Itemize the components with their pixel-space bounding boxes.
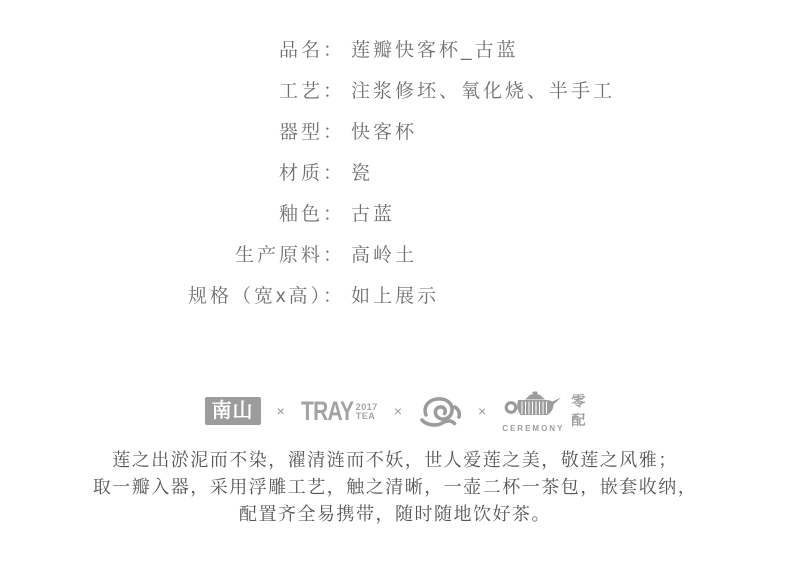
spec-row-craft: 工艺： 注浆修坯、氧化烧、半手工: [0, 69, 790, 110]
spec-value-shape: 快客杯: [345, 117, 790, 144]
spec-value-raw-material: 高岭土: [345, 240, 790, 267]
spec-row-size: 规格（宽x高）： 如上展示: [0, 274, 790, 315]
brand-separator-icon: ×: [476, 403, 488, 419]
spec-value-glaze: 古蓝: [345, 199, 790, 226]
tray-logo-word: TEA: [356, 412, 378, 422]
description-line-1: 莲之出淤泥而不染，濯清涟而不妖，世人爱莲之美，敬莲之风雅；: [0, 447, 790, 474]
spec-label-craft: 工艺：: [0, 76, 345, 103]
spec-label-glaze: 釉色：: [0, 199, 345, 226]
teapot-icon: [504, 390, 562, 423]
description-line-3: 配置齐全易携带，随时随地饮好茶。: [0, 501, 790, 528]
spec-label-raw-material: 生产原料：: [0, 240, 345, 267]
wave-spiral-icon: [418, 392, 462, 430]
ceremony-chinese-chars: 零 配: [571, 392, 585, 430]
ceremony-char-top: 零: [571, 392, 585, 411]
product-spec-page: 品名： 莲瓣快客杯_古蓝 工艺： 注浆修坯、氧化烧、半手工 器型： 快客杯 材质…: [0, 0, 790, 571]
brand-separator-icon: ×: [275, 403, 287, 419]
spec-value-material: 瓷: [345, 158, 790, 185]
ceremony-logo: CEREMONY 零 配: [502, 390, 585, 433]
nanshan-seal-icon: 南山: [205, 397, 261, 425]
spec-value-size: 如上展示: [345, 281, 790, 308]
ceremony-logo-left: CEREMONY: [502, 390, 564, 433]
description-line-2: 取一瓣入器，采用浮雕工艺，触之清晰，一壶二杯一茶包，嵌套收纳，: [0, 474, 790, 501]
spec-row-raw-material: 生产原料： 高岭土: [0, 233, 790, 274]
spec-list: 品名： 莲瓣快客杯_古蓝 工艺： 注浆修坯、氧化烧、半手工 器型： 快客杯 材质…: [0, 0, 790, 315]
spec-label-product-name: 品名：: [0, 35, 345, 62]
spec-row-shape: 器型： 快客杯: [0, 110, 790, 151]
product-description: 莲之出淤泥而不染，濯清涟而不妖，世人爱莲之美，敬莲之风雅； 取一瓣入器，采用浮雕…: [0, 447, 790, 528]
brand-logo-strip: 南山 × TRAY 2017 TEA × ×: [0, 389, 790, 433]
spec-row-glaze: 釉色： 古蓝: [0, 192, 790, 233]
brand-separator-icon: ×: [392, 403, 404, 419]
spec-label-shape: 器型：: [0, 117, 345, 144]
ceremony-caption: CEREMONY: [502, 424, 564, 433]
spec-label-size: 规格（宽x高）：: [0, 281, 345, 308]
tray-tea-logo: TRAY 2017 TEA: [301, 400, 378, 423]
nanshan-seal-text: 南山: [212, 401, 254, 421]
ceremony-char-bottom: 配: [571, 411, 585, 430]
tray-logo-wordmark: TRAY: [301, 400, 353, 423]
spec-value-product-name: 莲瓣快客杯_古蓝: [345, 35, 790, 62]
tray-logo-subtext: 2017 TEA: [356, 403, 378, 423]
spec-row-product-name: 品名： 莲瓣快客杯_古蓝: [0, 28, 790, 69]
spec-label-material: 材质：: [0, 158, 345, 185]
spec-row-material: 材质： 瓷: [0, 151, 790, 192]
spec-value-craft: 注浆修坯、氧化烧、半手工: [345, 76, 790, 103]
